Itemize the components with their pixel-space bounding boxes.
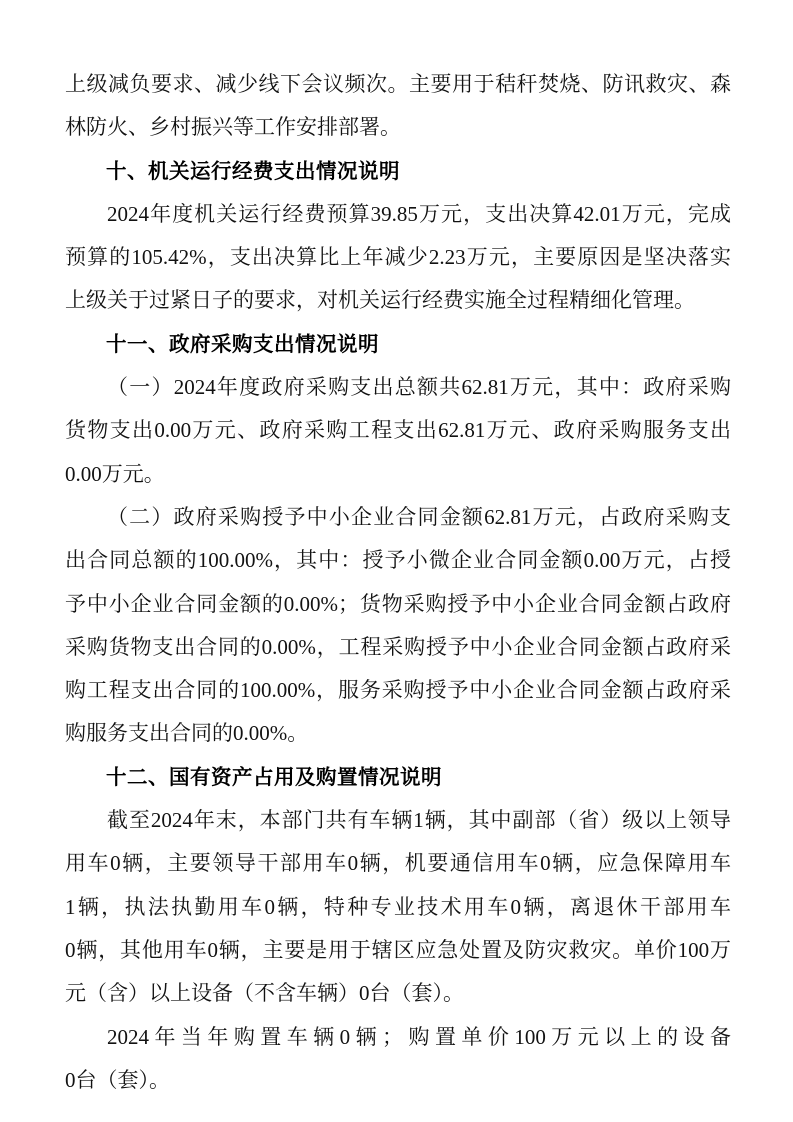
text-line: 上级减负要求、减少线下会议频次。主要用于秸秆焚烧、防讯救灾、森 — [65, 63, 731, 106]
text-line: 出合同总额的100.00%，其中：授予小微企业合同金额0.00万元，占授 — [65, 539, 731, 582]
text-line: 预算的105.42%，支出决算比上年减少2.23万元，主要原因是坚决落实 — [65, 236, 731, 279]
section-heading: 十一、政府采购支出情况说明 — [65, 323, 731, 366]
text-line: 0辆，其他用车0辆，主要是用于辖区应急处置及防灾救灾。单价100万 — [65, 929, 731, 972]
text-line: 元（含）以上设备（不含车辆）0台（套）。 — [65, 972, 731, 1015]
text-line: 0台（套）。 — [65, 1059, 731, 1102]
section-heading: 十、机关运行经费支出情况说明 — [65, 150, 731, 193]
text-line: 2024年度机关运行经费预算39.85万元，支出决算42.01万元，完成 — [65, 193, 731, 236]
document-page: 上级减负要求、减少线下会议频次。主要用于秸秆焚烧、防讯救灾、森林防火、乡村振兴等… — [0, 0, 793, 1122]
document-text-area: 上级减负要求、减少线下会议频次。主要用于秸秆焚烧、防讯救灾、森林防火、乡村振兴等… — [65, 63, 731, 1102]
text-line: 用车0辆，主要领导干部用车0辆，机要通信用车0辆，应急保障用车 — [65, 842, 731, 885]
section-heading: 十二、国有资产占用及购置情况说明 — [65, 756, 731, 799]
text-line: 2024年当年购置车辆0辆；购置单价100万元以上的设备 — [65, 1016, 731, 1059]
text-line: 1辆，执法执勤用车0辆，特种专业技术用车0辆，离退休干部用车 — [65, 886, 731, 929]
text-line: 0.00万元。 — [65, 453, 731, 496]
text-line: 截至2024年末，本部门共有车辆1辆，其中副部（省）级以上领导 — [65, 799, 731, 842]
text-line: 上级关于过紧日子的要求，对机关运行经费实施全过程精细化管理。 — [65, 279, 731, 322]
text-line: （二）政府采购授予中小企业合同金额62.81万元，占政府采购支 — [65, 496, 731, 539]
text-line: 予中小企业合同金额的0.00%；货物采购授予中小企业合同金额占政府 — [65, 583, 731, 626]
text-line: 货物支出0.00万元、政府采购工程支出62.81万元、政府采购服务支出 — [65, 409, 731, 452]
text-line: 林防火、乡村振兴等工作安排部署。 — [65, 106, 731, 149]
text-line: （一）2024年度政府采购支出总额共62.81万元，其中：政府采购 — [65, 366, 731, 409]
text-line: 采购货物支出合同的0.00%，工程采购授予中小企业合同金额占政府采 — [65, 626, 731, 669]
text-line: 购服务支出合同的0.00%。 — [65, 712, 731, 755]
text-line: 购工程支出合同的100.00%，服务采购授予中小企业合同金额占政府采 — [65, 669, 731, 712]
